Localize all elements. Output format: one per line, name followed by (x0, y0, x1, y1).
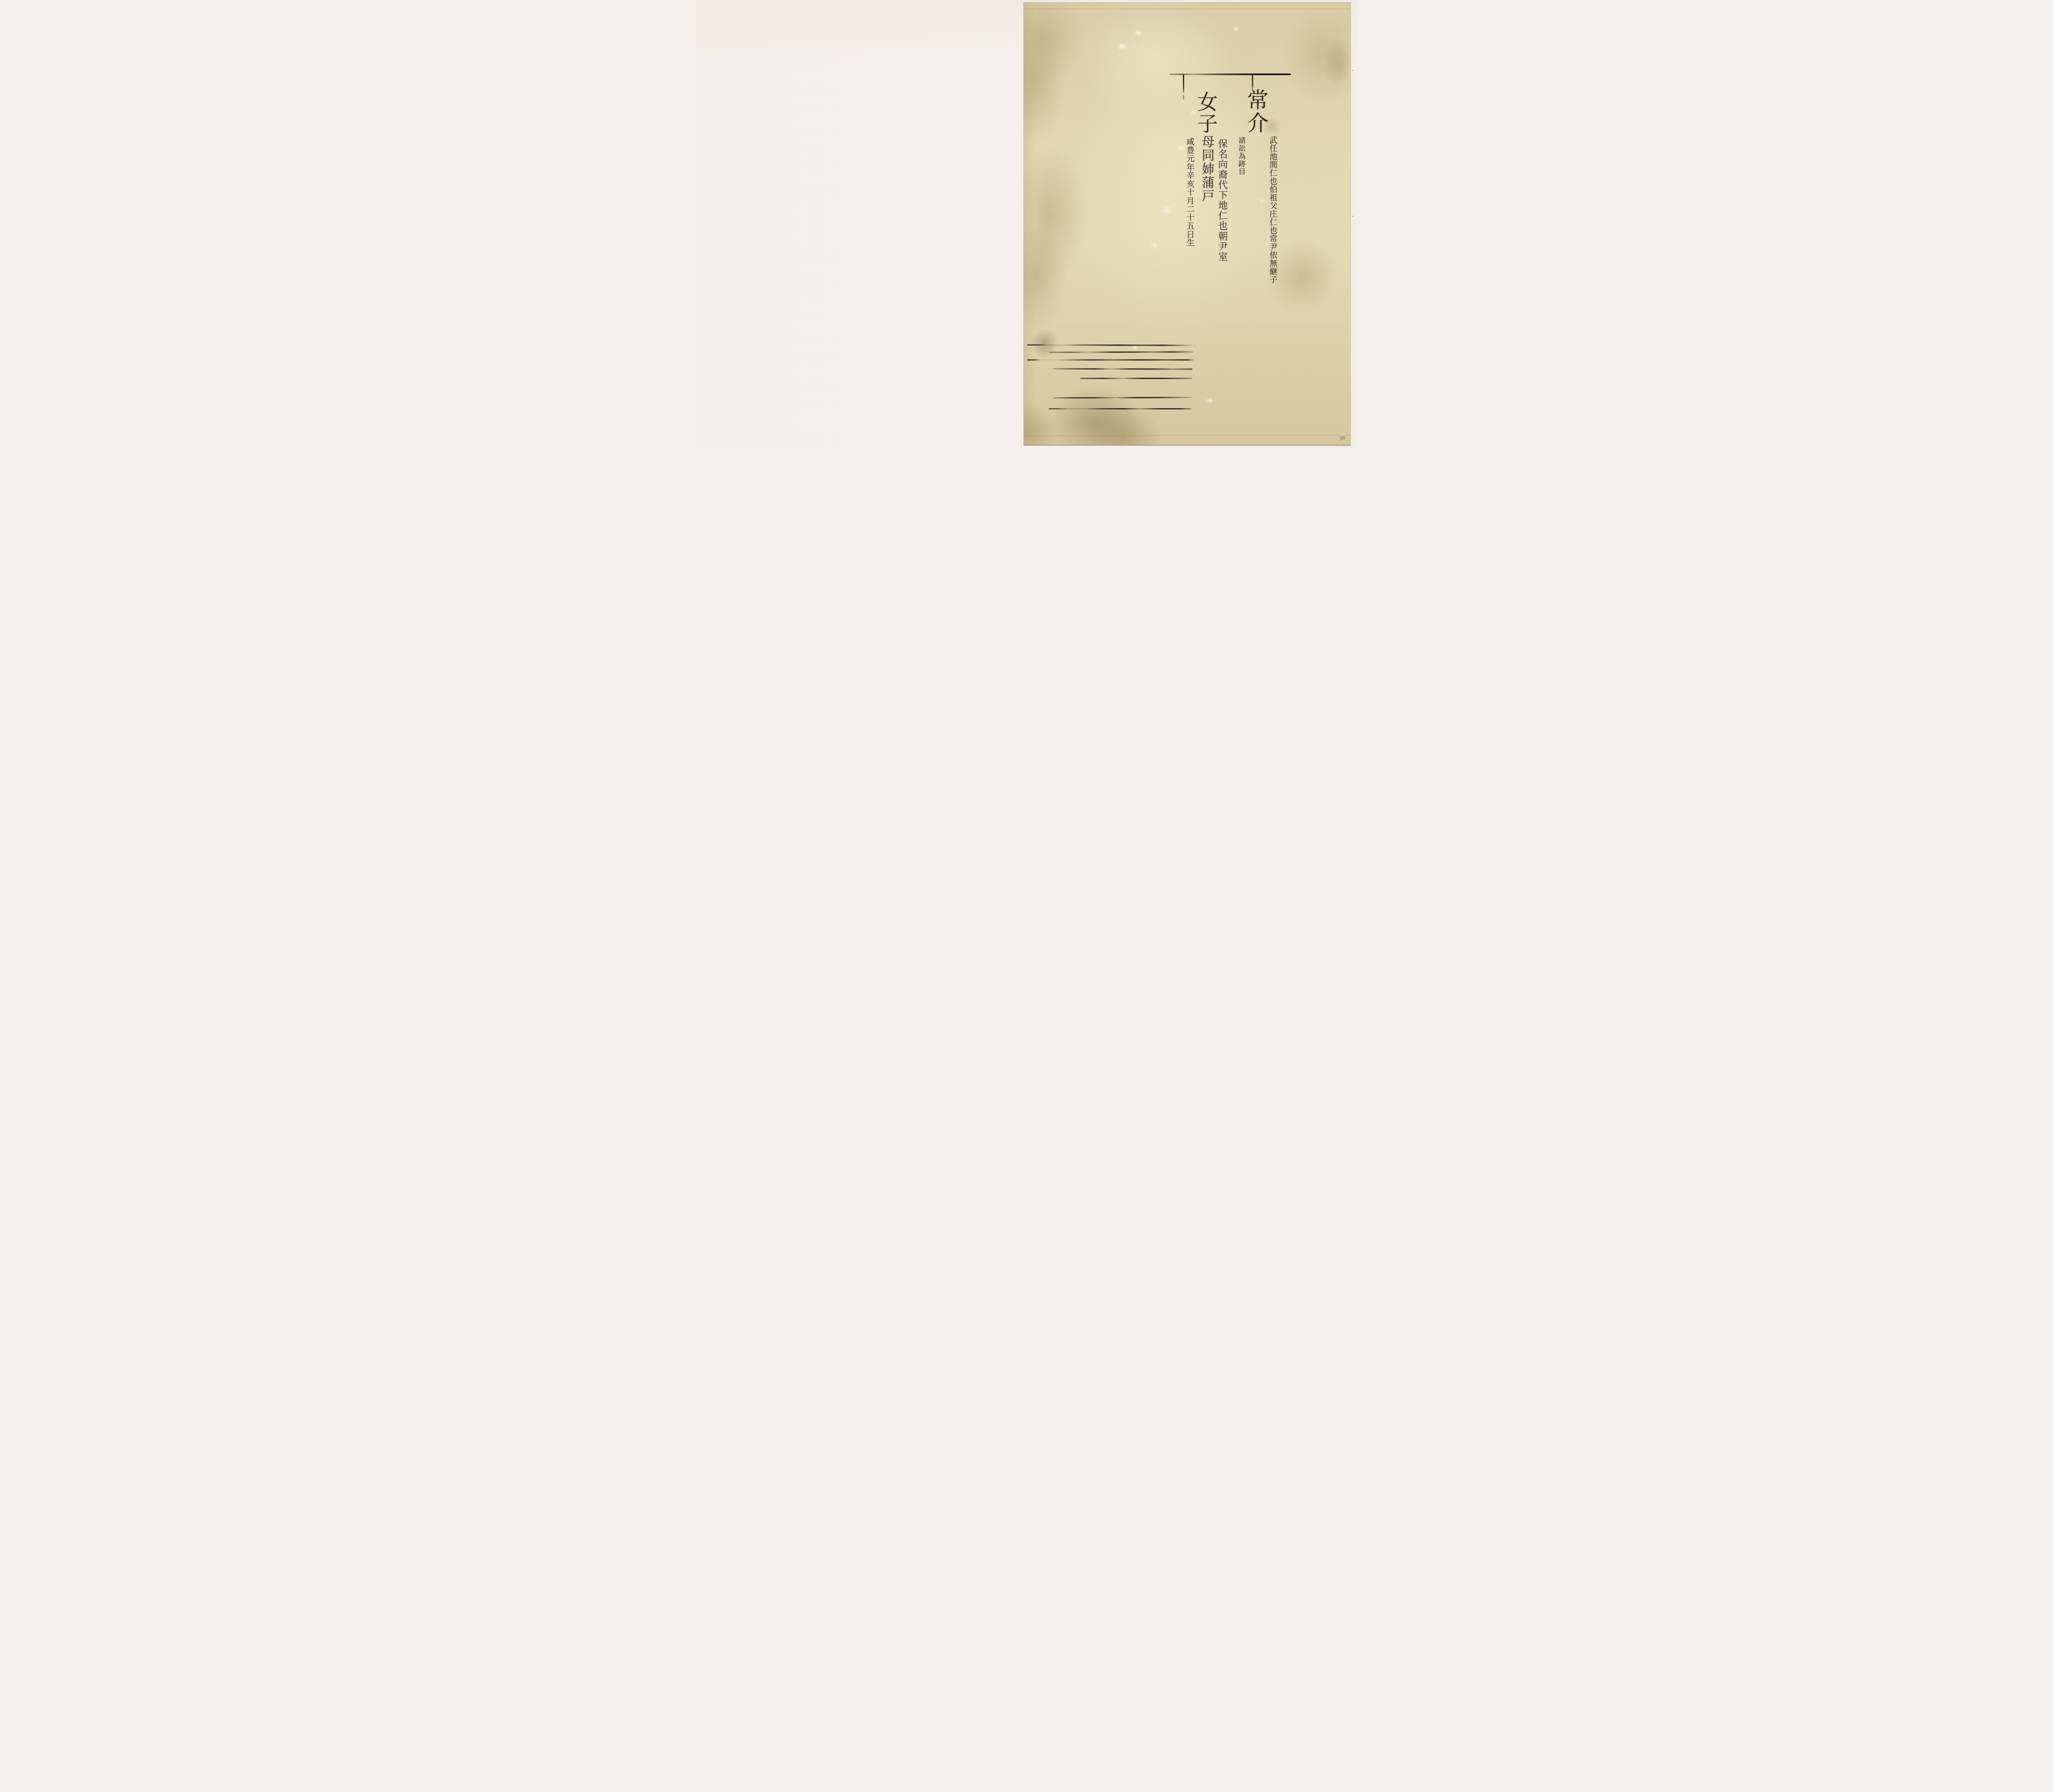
mother-note-column: 母同姉蒲戸 (1200, 135, 1213, 211)
ruled-line-5 (1080, 378, 1192, 379)
ruled-line-3 (1027, 359, 1193, 361)
paper-crease-top (1024, 9, 1350, 9)
paper-crease-bottom (1024, 435, 1350, 436)
pinhole-mark (1352, 70, 1353, 71)
ruled-line-7 (1049, 408, 1192, 409)
bracket-tick-heir (1252, 74, 1253, 90)
genealogy-bracket-rule (1169, 74, 1291, 75)
marriage-note-column: 保名向裔代下地仁也朝尹室 (1217, 139, 1226, 267)
birth-date-column: 咸豊元年辛亥十月二十五日生 (1186, 138, 1194, 250)
daughter-label-column: 女子 (1196, 91, 1216, 138)
succession-note-column: 請訟為跡目 (1238, 137, 1245, 178)
page-number: 30 (1339, 435, 1346, 441)
heir-name-column: 常介 (1245, 89, 1266, 140)
bracket-tick-daughter (1183, 74, 1184, 93)
bracket-tick-daughter-faded (1183, 95, 1184, 100)
pinhole-mark (1352, 216, 1353, 217)
manuscript-scan: 常介 女子 武任池間仁也伯祖父庄仁也常尹依無継子 請訟為跡目 保名向裔代下地仁也… (696, 0, 1357, 448)
lineage-note-column: 武任池間仁也伯祖父庄仁也常尹依無継子 (1269, 136, 1277, 289)
